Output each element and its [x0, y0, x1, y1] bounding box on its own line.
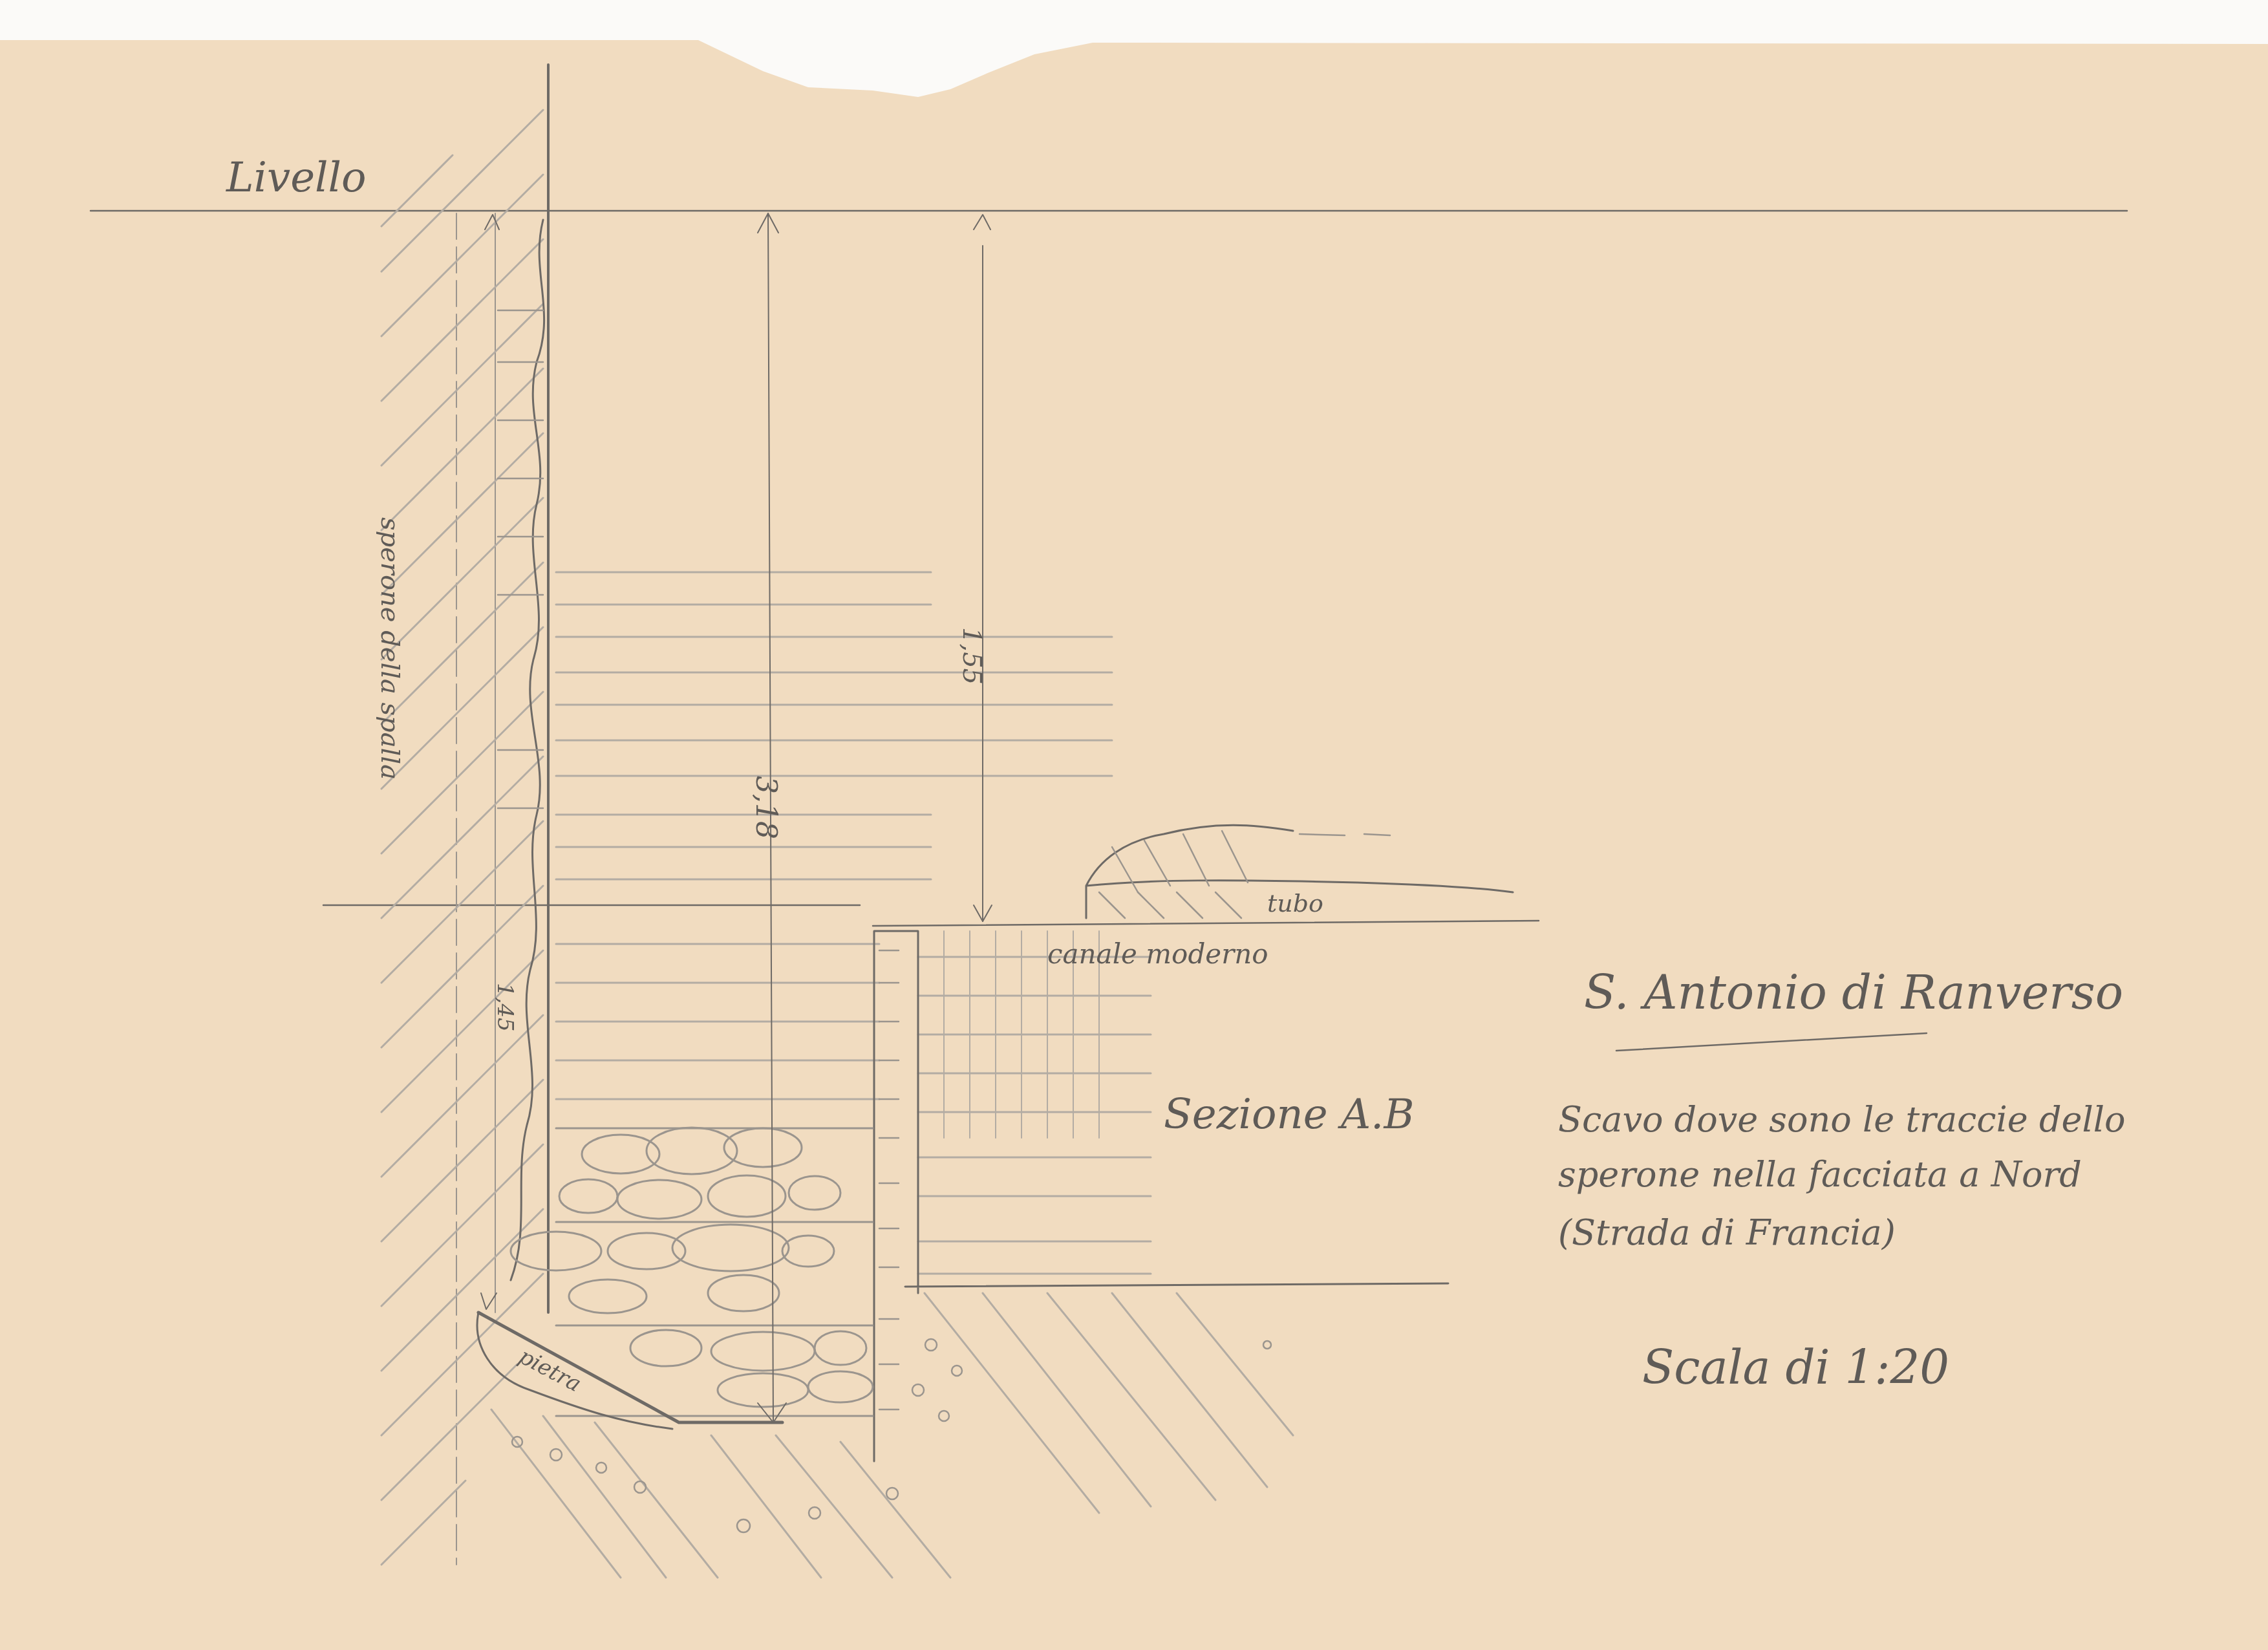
scale-label: Scala di 1:20 [1642, 1340, 1949, 1395]
modern-channel-label: canale moderno [1047, 938, 1268, 970]
paper-sheet [0, 40, 2268, 1650]
dimension-3-18: 3,18 [749, 776, 782, 839]
description-line-2: sperone nella facciata a Nord [1558, 1154, 2082, 1195]
section-label: Sezione A.B [1164, 1091, 1414, 1139]
dimension-1-45: 1,45 [492, 983, 518, 1032]
level-label: Livello [226, 154, 366, 202]
description-line-3: (Strada di Francia) [1558, 1212, 1896, 1253]
scanned-drawing-sheet: Livello [0, 0, 2268, 1650]
pipe-label: tubo [1267, 889, 1323, 917]
description-line-1: Scavo dove sono le traccie dello [1558, 1099, 2126, 1140]
wall-vertical-note: sperone della spalla [375, 517, 405, 780]
dimension-1-55: 1,55 [957, 627, 987, 685]
drawing-title: S. Antonio di Ranverso [1584, 965, 2123, 1020]
